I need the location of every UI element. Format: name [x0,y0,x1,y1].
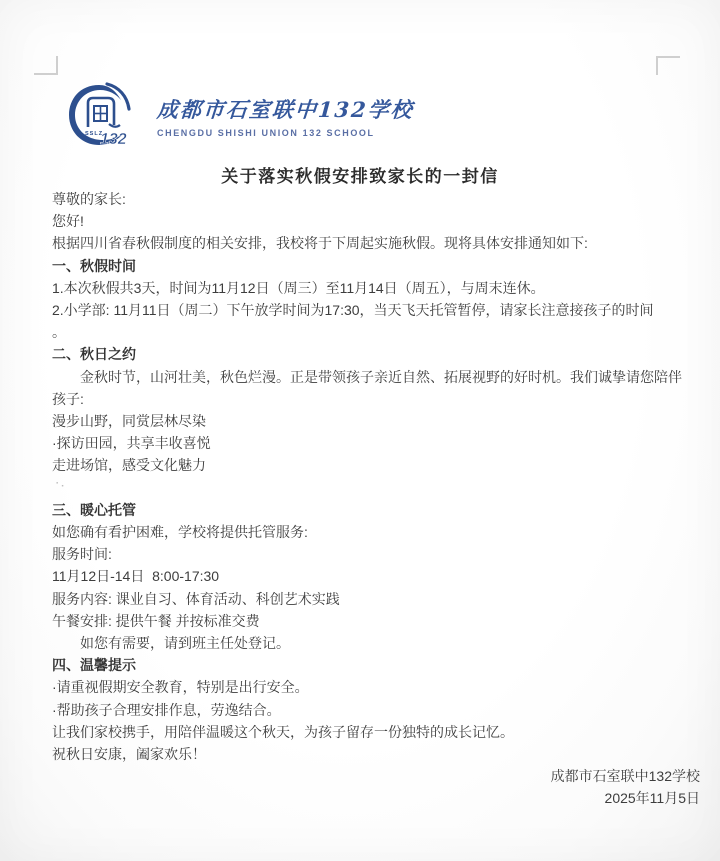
letter-line: 2.小学部: 11月11日（周二）下午放学时间为17:30，当天飞天托管暂停，请… [52,299,704,321]
letter-line: 四、温馨提示 [52,654,704,676]
letter-line: ⠈⠂ [52,477,704,499]
school-header: SSLZ 132 成都市石室联中132学校 CHENGDU SHISHI UNI… [62,82,414,150]
letter-line: 2025年11月5日 [52,787,704,809]
letter-line: ·探访田园，共享丰收喜悦 [52,432,704,454]
letter-line: 11月12日-14日 8:00-17:30 [52,565,704,587]
letter-line: 金秋时节，山河壮美，秋色烂漫。正是带领孩子亲近自然、拓展视野的好时机。我们诚挚请… [52,366,704,388]
letter-line: 孩子: [52,388,704,410]
letter-line: 成都市石室联中132学校 [52,765,704,787]
letter-line: 服务时间: [52,543,704,565]
letter-line: 一、秋假时间 [52,255,704,277]
school-name-chinese: 成都市石室联中132学校 [156,94,415,124]
letter-line: 二、秋日之约 [52,343,704,365]
letter-line: 如您确有看护困难，学校将提供托管服务: [52,521,704,543]
letter-line: 让我们家校携手，用陪伴温暖这个秋天，为孩子留存一份独特的成长记忆。 [52,721,704,743]
letter-line: 服务内容: 课业自习、体育活动、科创艺术实践 [52,588,704,610]
corner-mark-top-left-icon [34,56,58,75]
letter-line: 祝秋日安康，阖家欢乐！ [52,743,704,765]
letter-line: ·请重视假期安全教育，特别是出行安全。 [52,676,704,698]
school-name-english: CHENGDU SHISHI UNION 132 SCHOOL [157,128,414,138]
letter-line: 根据四川省春秋假制度的相关安排，我校将于下周起实施秋假。现将具体安排通知如下: [52,232,704,254]
school-names: 成都市石室联中132学校 CHENGDU SHISHI UNION 132 SC… [157,94,414,138]
letter-body: 尊敬的家长:您好!根据四川省春秋假制度的相关安排，我校将于下周起实施秋假。现将具… [52,188,704,810]
letter-line: 走进场馆，感受文化魅力 [52,454,704,476]
letter-line: 漫步山野，同赏层林尽染 [52,410,704,432]
school-crest-logo-icon: SSLZ 132 [62,82,142,150]
letter-line: 。 [52,321,704,343]
corner-mark-top-right-icon [656,56,680,75]
letter-title: 关于落实秋假安排致家长的一封信 [0,162,720,187]
letter-page: SSLZ 132 成都市石室联中132学校 CHENGDU SHISHI UNI… [0,0,720,861]
letter-line: 1.本次秋假共3天，时间为11月12日（周三）至11月14日（周五），与周末连休… [52,277,704,299]
letter-line: 午餐安排: 提供午餐 并按标准交费 [52,610,704,632]
letter-line: 您好! [52,210,704,232]
letter-line: ·帮助孩子合理安排作息，劳逸结合。 [52,699,704,721]
letter-line: 三、暖心托管 [52,499,704,521]
letter-line: 尊敬的家长: [52,188,704,210]
letter-line: 如您有需要，请到班主任处登记。 [52,632,704,654]
logo-number-text: 132 [100,131,127,148]
